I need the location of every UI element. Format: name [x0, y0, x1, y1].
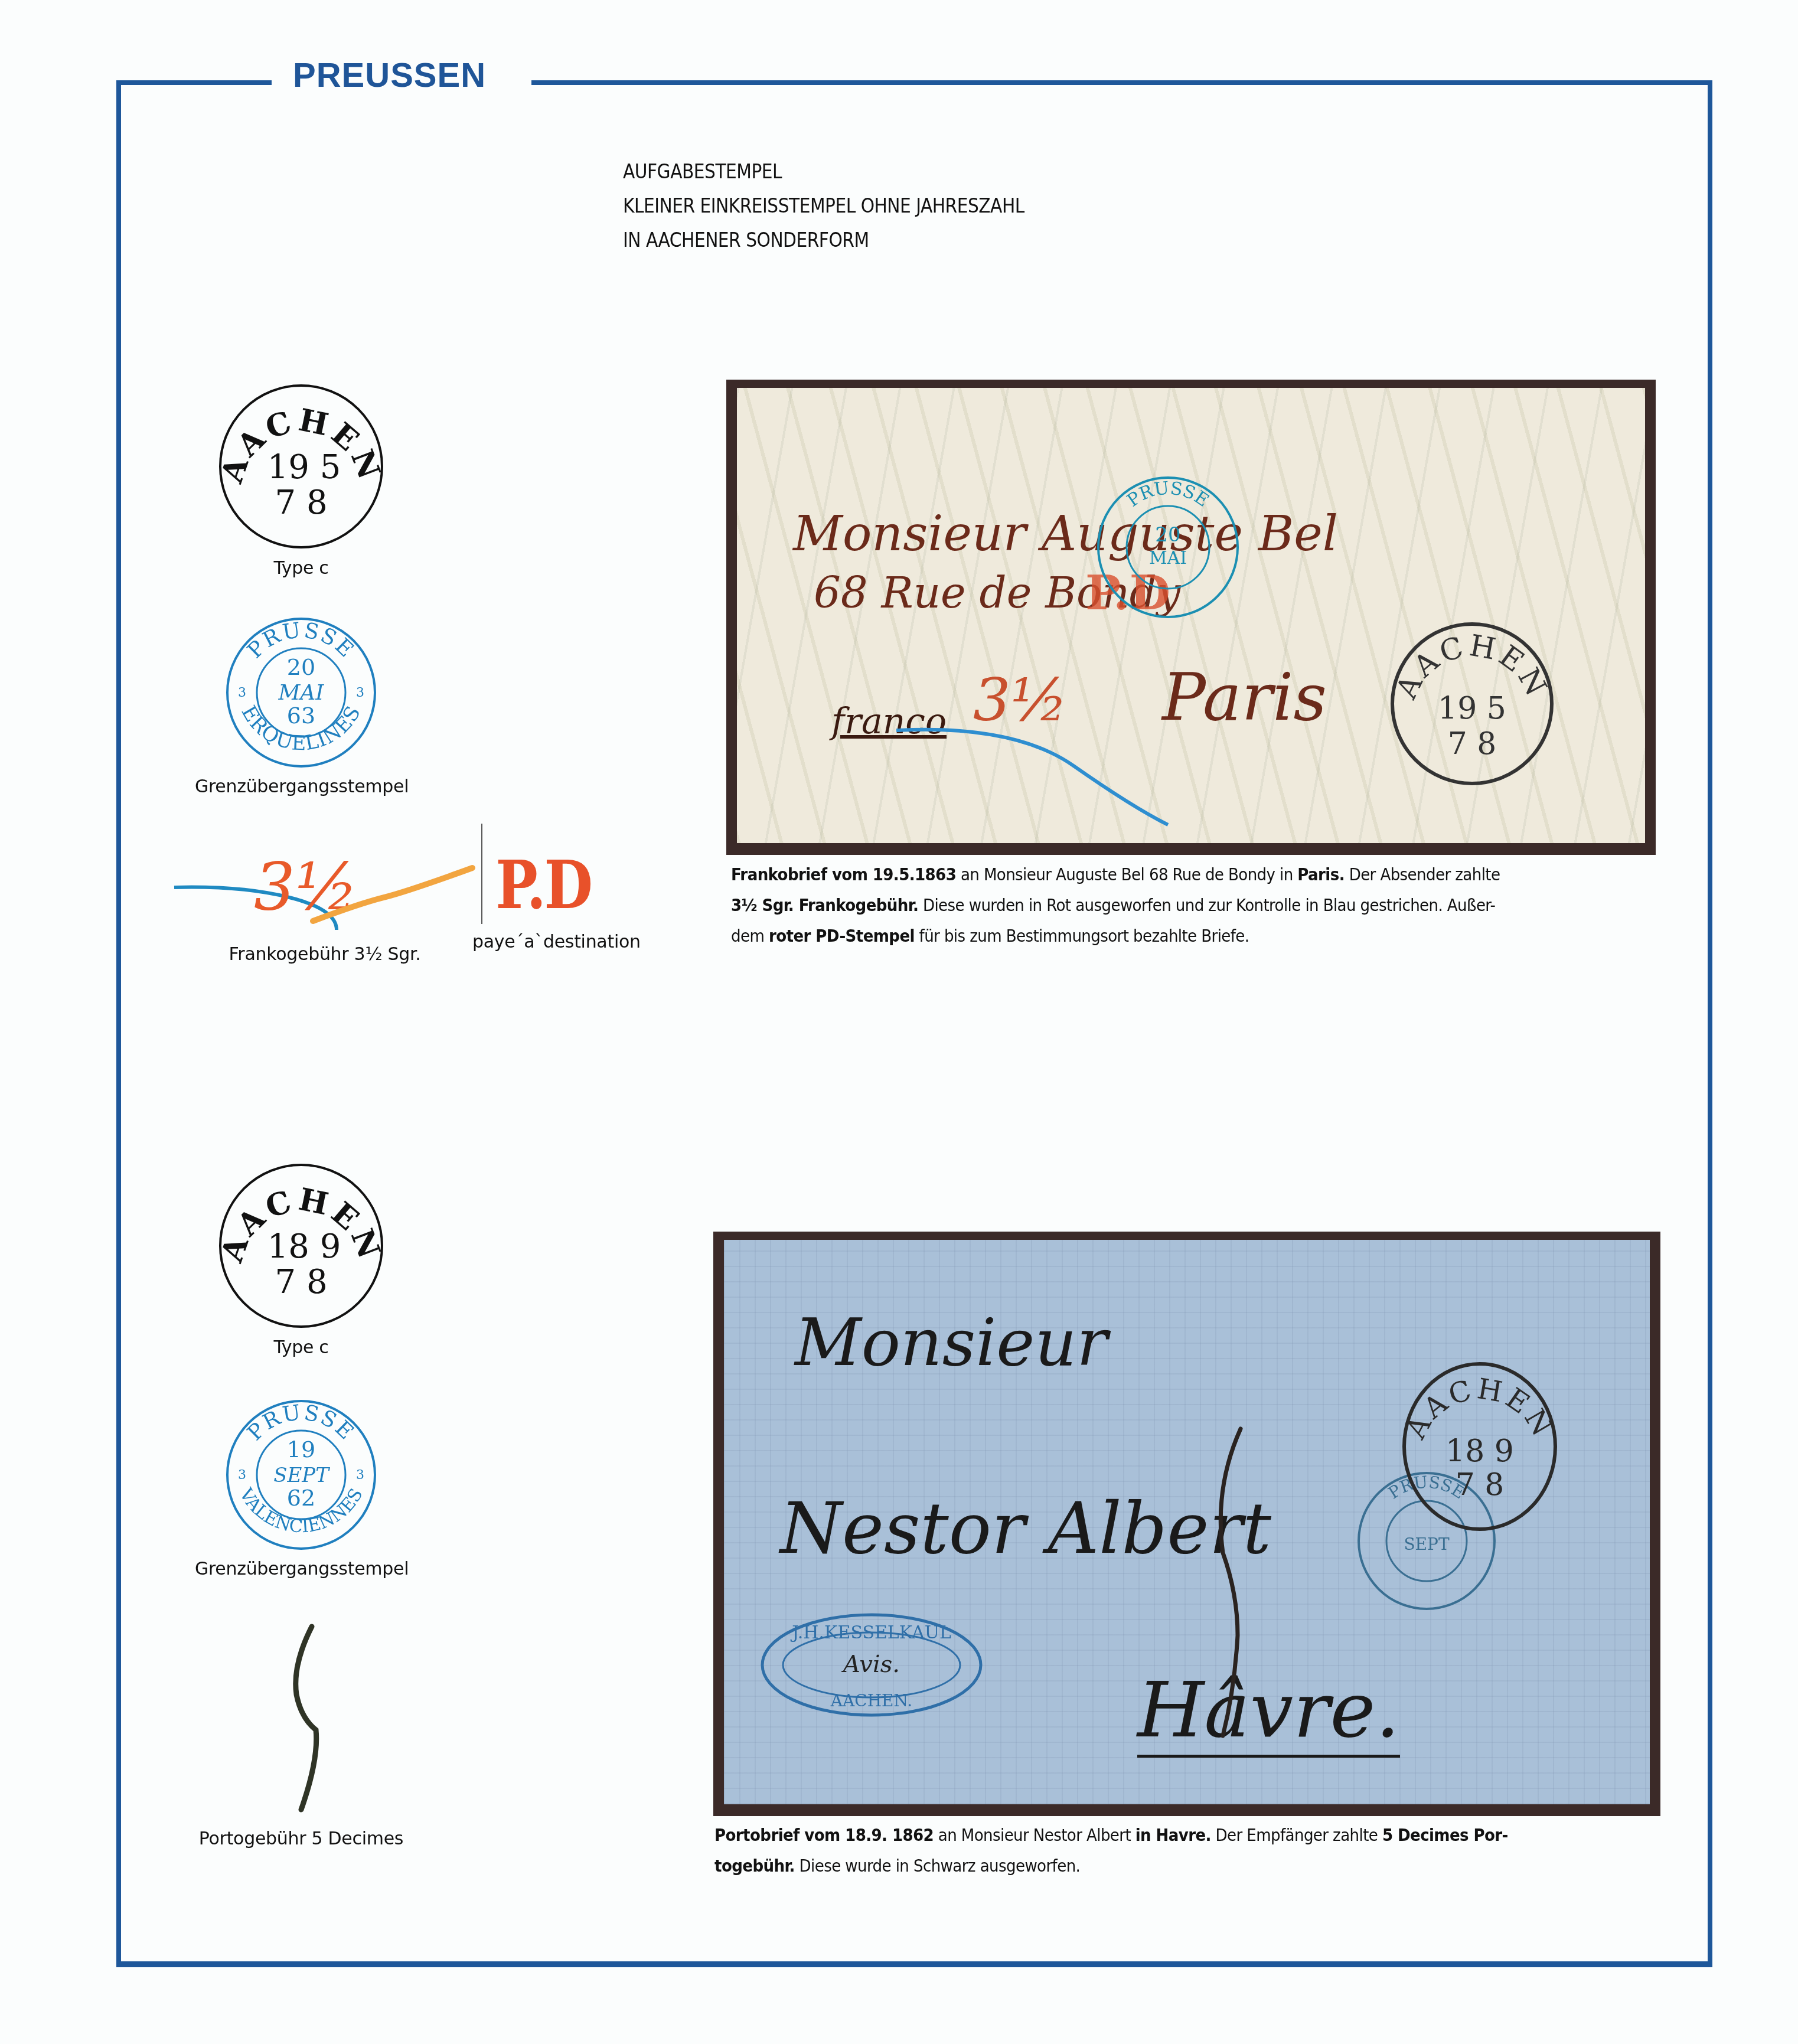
svg-text:7 8: 7 8	[1456, 1467, 1505, 1503]
svg-text:SEPT: SEPT	[273, 1464, 330, 1487]
border-stamp-sample-2: PRUSSE VALENCIENNES 19 SEPT 62 3 3 Grenz…	[195, 1396, 407, 1579]
letter-1-description: Frankobrief vom 19.5.1863 an Monsieur Au…	[731, 859, 1664, 951]
svg-text:63: 63	[287, 703, 315, 729]
svg-text:19: 19	[287, 1436, 315, 1462]
address-salutation: Monsieur	[795, 1305, 1108, 1380]
svg-text:18 9: 18 9	[267, 1227, 341, 1266]
aachen-postmark-on-cover-icon: AACHEN 18 9 7 8	[1391, 1358, 1568, 1535]
cover-letter-1: Monsieur Auguste Bel 68 Rue de Bondy Par…	[726, 380, 1656, 855]
border-stamp-sample-1: PRUSSE ERQUELINES 20 MAI 63 3 3 Grenzübe…	[195, 614, 407, 797]
svg-text:3: 3	[238, 1468, 246, 1483]
black-5-decimes-on-cover-icon	[1190, 1417, 1273, 1748]
svg-text:18 9: 18 9	[1445, 1434, 1514, 1469]
svg-text:SEPT: SEPT	[1404, 1534, 1449, 1554]
franking-fee-sample: 3½ Frankogebühr 3½ Sgr.	[171, 832, 478, 965]
border-crossing-stamp-icon: PRUSSE ERQUELINES 20 MAI 63 3 3	[218, 614, 384, 773]
aachen-postmark-icon: AACHEN 19 5 7 8	[213, 378, 390, 555]
pd-stamp-icon: P.D	[483, 850, 603, 921]
border-stamp-on-cover-icon: PRUSSE 20 MAI	[1091, 471, 1245, 624]
postmark-caption: Type c	[207, 1337, 396, 1358]
svg-text:7 8: 7 8	[275, 1263, 327, 1301]
aachen-postmark-sample-1: AACHEN 19 5 7 8 Type c	[207, 378, 396, 579]
svg-text:3: 3	[356, 1468, 364, 1483]
postage-due-caption: Portogebühr 5 Decimes	[195, 1829, 407, 1849]
svg-text:19 5: 19 5	[1438, 691, 1506, 726]
svg-text:20: 20	[1155, 523, 1180, 547]
pd-mark-sample: P.D paye´a`destination	[472, 850, 614, 952]
red-fee-mark-icon: 3½	[171, 832, 478, 939]
blue-control-stroke-icon	[896, 719, 1180, 837]
svg-text:Avis.: Avis.	[841, 1651, 900, 1678]
aachen-postmark-icon: AACHEN 18 9 7 8	[213, 1157, 390, 1334]
address-line-1: Monsieur Auguste Bel	[793, 506, 1338, 562]
aachen-postmark-on-cover-icon: AACHEN 19 5 7 8	[1383, 615, 1561, 792]
black-5-decimes-mark-icon	[242, 1618, 360, 1818]
postmark-caption: Type c	[207, 558, 396, 579]
svg-text:7 8: 7 8	[275, 484, 327, 522]
address-city: Paris	[1162, 659, 1327, 735]
heading-line-1: AUFGABESTEMPEL	[623, 155, 1024, 189]
cover-letter-2: Monsieur Nestor Albert Hâvre. PRUSSE SEP…	[713, 1232, 1660, 1816]
section-heading: AUFGABESTEMPEL KLEINER EINKREISSTEMPEL O…	[623, 155, 1024, 257]
svg-text:20: 20	[287, 654, 315, 680]
page-title: PREUSSEN	[293, 55, 486, 95]
heading-line-2: KLEINER EINKREISSTEMPEL OHNE JAHRESZAHL	[623, 189, 1024, 223]
aachen-postmark-sample-2: AACHEN 18 9 7 8 Type c	[207, 1157, 396, 1358]
svg-text:62: 62	[287, 1485, 315, 1511]
svg-text:7 8: 7 8	[1448, 726, 1497, 762]
border-stamp-caption: Grenzübergangsstempel	[195, 776, 407, 797]
svg-text:3: 3	[238, 685, 246, 700]
franking-fee-caption: Frankogebühr 3½ Sgr.	[171, 944, 478, 965]
heading-line-3: IN AACHENER SONDERFORM	[623, 223, 1024, 257]
svg-text:19 5: 19 5	[267, 448, 341, 486]
svg-text:MAI: MAI	[1149, 548, 1187, 569]
svg-text:AACHEN.: AACHEN.	[830, 1691, 912, 1710]
border-stamp-caption: Grenzübergangsstempel	[195, 1559, 407, 1579]
svg-text:3: 3	[356, 685, 364, 700]
postage-due-sample: Portogebühr 5 Decimes	[195, 1618, 407, 1849]
letter-2-description: Portobrief vom 18.9. 1862 an Monsieur Ne…	[714, 1820, 1665, 1881]
border-crossing-stamp-icon: PRUSSE VALENCIENNES 19 SEPT 62 3 3	[218, 1396, 384, 1556]
pd-caption: paye´a`destination	[472, 932, 614, 952]
svg-text:J.H.KESSELKAUL: J.H.KESSELKAUL	[790, 1622, 951, 1643]
sender-oval-stamp-icon: J.H.KESSELKAUL Avis. AACHEN.	[753, 1606, 990, 1724]
svg-text:MAI: MAI	[278, 681, 324, 705]
